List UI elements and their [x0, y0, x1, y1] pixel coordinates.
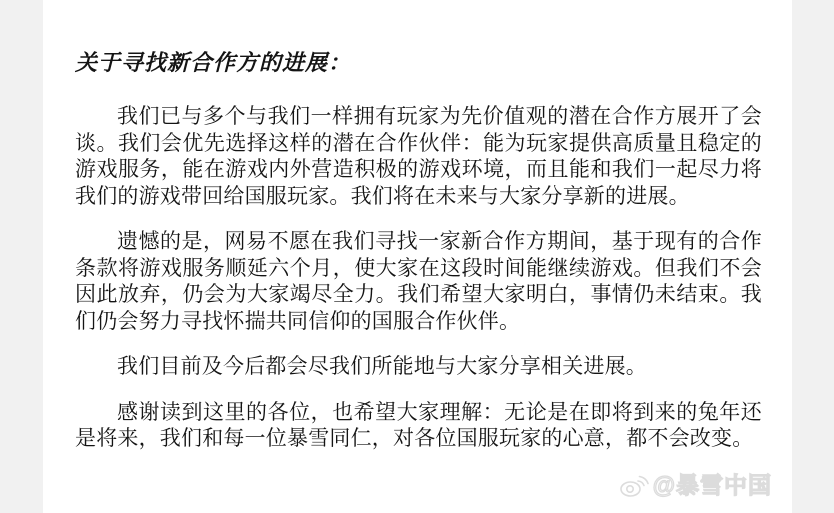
weibo-icon	[619, 470, 649, 498]
announcement-card: 关于寻找新合作方的进展： 我们已与多个与我们一样拥有玩家为先价值观的潜在合作方展…	[43, 0, 792, 513]
page-background: { "document": { "title": "关于寻找新合作方的进展：",…	[0, 0, 834, 513]
announcement-paragraph-2: 遗憾的是，网易不愿在我们寻找一家新合作方期间，基于现有的合作条款将游戏服务顺延六…	[75, 229, 762, 335]
announcement-paragraph-4: 感谢读到这里的各位，也希望大家理解：无论是在即将到来的兔年还是将来，我们和每一位…	[75, 400, 762, 453]
announcement-title: 关于寻找新合作方的进展：	[75, 48, 762, 78]
announcement-paragraph-3: 我们目前及今后都会尽我们所能地与大家分享相关进展。	[75, 354, 762, 381]
watermark-handle: @暴雪中国	[653, 467, 772, 500]
announcement-paragraph-1: 我们已与多个与我们一样拥有玩家为先价值观的潜在合作方展开了会谈。我们会优先选择这…	[75, 104, 762, 210]
watermark: @暴雪中国	[619, 467, 772, 500]
announcement-content: 关于寻找新合作方的进展： 我们已与多个与我们一样拥有玩家为先价值观的潜在合作方展…	[43, 0, 792, 453]
